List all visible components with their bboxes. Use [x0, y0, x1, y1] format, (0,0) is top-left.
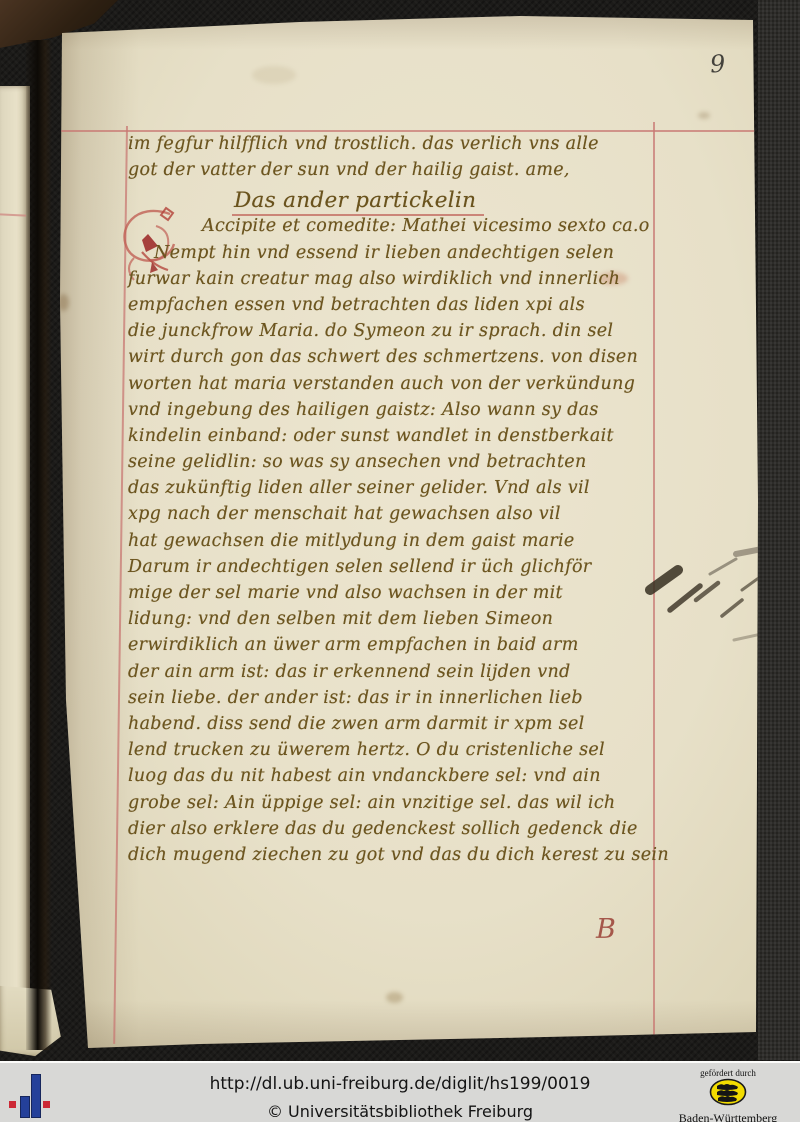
stain	[252, 66, 296, 84]
manuscript-line: got der vatter der sun vnd der hailig ga…	[128, 160, 662, 186]
caption-bar: http://dl.ub.uni-freiburg.de/diglit/hs19…	[0, 1061, 800, 1122]
manuscript-line: kindelin einband: oder sunst wandlet in …	[128, 426, 662, 452]
stain	[386, 992, 403, 1003]
manuscript-line: grobe sel: Ain üppige sel: ain vnzitige …	[128, 793, 662, 819]
manuscript-line: xpg nach der menschait hat gewachsen als…	[128, 504, 662, 530]
manuscript-line: erwirdiklich an üwer arm empfachen in ba…	[128, 635, 662, 661]
manuscript-text: im fegfur hilfflich vnd trostlich. das v…	[128, 134, 662, 871]
manuscript-line: die junckfrow Maria. do Symeon zu ir spr…	[128, 321, 662, 347]
manuscript-line: mige der sel marie vnd also wachsen in d…	[128, 583, 662, 609]
funder-block: gefördert durch Baden-Württemberg	[668, 1065, 788, 1122]
funder-name: Baden-Württemberg	[668, 1111, 788, 1122]
baden-wuerttemberg-coat-of-arms-icon	[709, 1078, 747, 1106]
manuscript-line: habend. diss send die zwen arm darmit ir…	[128, 714, 662, 740]
digitized-manuscript-scan: 9 im fegfur hilfflich vnd trostlich. das…	[0, 0, 800, 1122]
ruling-line-top	[46, 130, 756, 132]
chapter-heading: Das ander partickelin	[128, 186, 662, 216]
manuscript-line: Accipite et comedite: Mathei vicesimo se…	[128, 216, 662, 242]
manuscript-line: dier also erklere das du gedenckest soll…	[128, 819, 662, 845]
manuscript-line: Darum ir andechtigen selen sellend ir üc…	[128, 557, 662, 583]
manuscript-line: wirt durch gon das schwert des schmertze…	[128, 347, 662, 373]
facing-page-ruling	[0, 213, 26, 216]
manuscript-line: furwar kain creatur mag also wirdiklich …	[128, 269, 662, 295]
manuscript-line: Nempt hin vnd essend ir lieben andechtig…	[128, 243, 662, 269]
manuscript-line: hat gewachsen die mitlydung in dem gaist…	[128, 531, 662, 557]
folio-number: 9	[709, 50, 726, 79]
manuscript-line: im fegfur hilfflich vnd trostlich. das v…	[128, 134, 662, 160]
manuscript-line: lend trucken zu üwerem hertz. O du crist…	[128, 740, 662, 766]
funder-label: gefördert durch	[668, 1068, 788, 1078]
background-cloth-weave	[758, 0, 800, 1060]
manuscript-line: empfachen essen vnd betrachten das liden…	[128, 295, 662, 321]
manuscript-line: lidung: vnd den selben mit dem lieben Si…	[128, 609, 662, 635]
manuscript-line: sein liebe. der ander ist: das ir in inn…	[128, 688, 662, 714]
manuscript-line: dich mugend ziechen zu got vnd das du di…	[128, 845, 662, 871]
manuscript-line: worten hat maria verstanden auch von der…	[128, 374, 662, 400]
manuscript-line: seine gelidlin: so was sy ansechen vnd b…	[128, 452, 662, 478]
quire-mark-b: B	[596, 914, 616, 945]
manuscript-line: luog das du nit habest ain vndanckbere s…	[128, 766, 662, 792]
manuscript-line: vnd ingebung des hailigen gaistz: Also w…	[128, 400, 662, 426]
manuscript-page: 9 im fegfur hilfflich vnd trostlich. das…	[38, 8, 762, 1052]
binding-gutter	[26, 40, 52, 1050]
manuscript-line: der ain arm ist: das ir erkennend sein l…	[128, 662, 662, 688]
manuscript-line: das zukünftig liden aller seiner gelider…	[128, 478, 662, 504]
stain	[698, 112, 710, 119]
